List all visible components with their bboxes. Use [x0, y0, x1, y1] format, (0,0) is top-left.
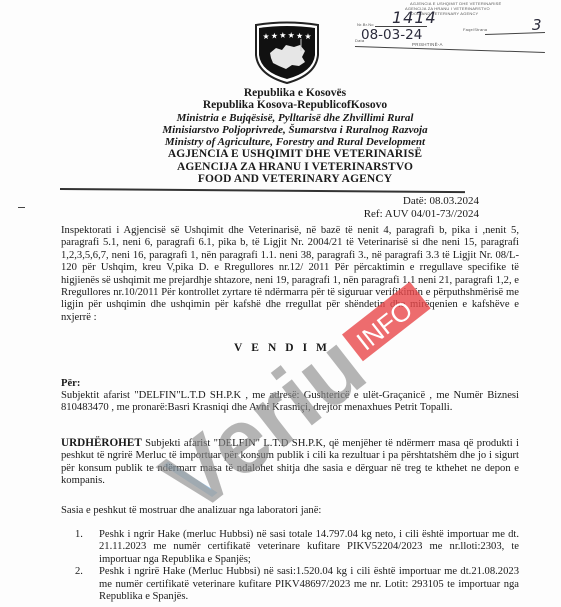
date-reference: Datë: 08.03.2024 Ref: AUV 04/01-73//2024: [364, 195, 479, 221]
order-paragraph: URDHËROHET Subjekti afarist "DELFIN" L.T…: [61, 437, 519, 488]
document-reference: Ref: AUV 04/01-73//2024: [364, 208, 479, 221]
legal-basis-paragraph: Inspektorati i Agjencisë së Ushqimit dhe…: [61, 225, 519, 324]
header-divider: [60, 188, 465, 193]
header-line: Republika e Kosovës: [150, 87, 440, 99]
list-item: 1. Peshk i ngrir Hake (merluc Hubbsi) në…: [75, 529, 519, 566]
header-line: AGENCIJA ZA HRANU I VETERINARSTVO: [150, 161, 440, 173]
registration-stamp: AGJENCIA E USHQIMIT DHE VETERINARISË AGE…: [355, 0, 561, 55]
header-line: Republika Kosova-RepublicofKosovo: [150, 99, 440, 111]
stamp-number-value: 1414: [392, 8, 437, 27]
list-item: 2. Peshk i ngrirë Hake (Merluc Hubbsi) n…: [75, 566, 519, 603]
document-page: AGJENCIA E USHQIMIT DHE VETERINARISË AGE…: [0, 0, 561, 607]
header-line: AGJENCIA E USHQIMIT DHE VETERINARISË: [150, 148, 440, 160]
stamp-place: PRISHTINË-A: [412, 42, 443, 47]
samples-list: 1. Peshk i ngrir Hake (merluc Hubbsi) në…: [75, 529, 519, 603]
list-item-number: 1.: [75, 529, 83, 541]
header-line: Ministria e Bujqësisë, Pylltarisë dhe Zh…: [150, 112, 440, 124]
recipient-paragraph: Subjektit afarist "DELFIN"L.T.D SH.P.K ,…: [61, 390, 519, 415]
header-line: Minisiarstvo Poljoprivrede, Šumarstva i …: [150, 124, 440, 136]
order-keyword: URDHËROHET: [61, 437, 142, 449]
list-item-text: Peshk i ngrirë Hake (Merluc Hubbsi) në s…: [99, 566, 519, 602]
list-item-text: Peshk i ngrir Hake (merluc Hubbsi) në sa…: [99, 529, 519, 565]
samples-intro: Sasia e peshkut të mostruar dhe analizua…: [61, 505, 519, 517]
header-line: Ministry of Agriculture, Forestry and Ru…: [150, 136, 440, 148]
document-date: Datë: 08.03.2024: [364, 195, 479, 208]
kosovo-emblem-icon: [252, 21, 322, 85]
institution-header: Republika e KosovësRepublika Kosova-Repu…: [150, 87, 440, 185]
list-item-number: 2.: [75, 566, 83, 578]
decision-heading: VENDIM: [234, 342, 336, 354]
stamp-page-label: Faqe/Strana: [463, 27, 487, 32]
header-line: FOOD AND VETERINARY AGENCY: [150, 173, 440, 185]
stamp-date-value: 08-03-24: [361, 27, 422, 43]
recipient-label: Për:: [61, 378, 519, 390]
